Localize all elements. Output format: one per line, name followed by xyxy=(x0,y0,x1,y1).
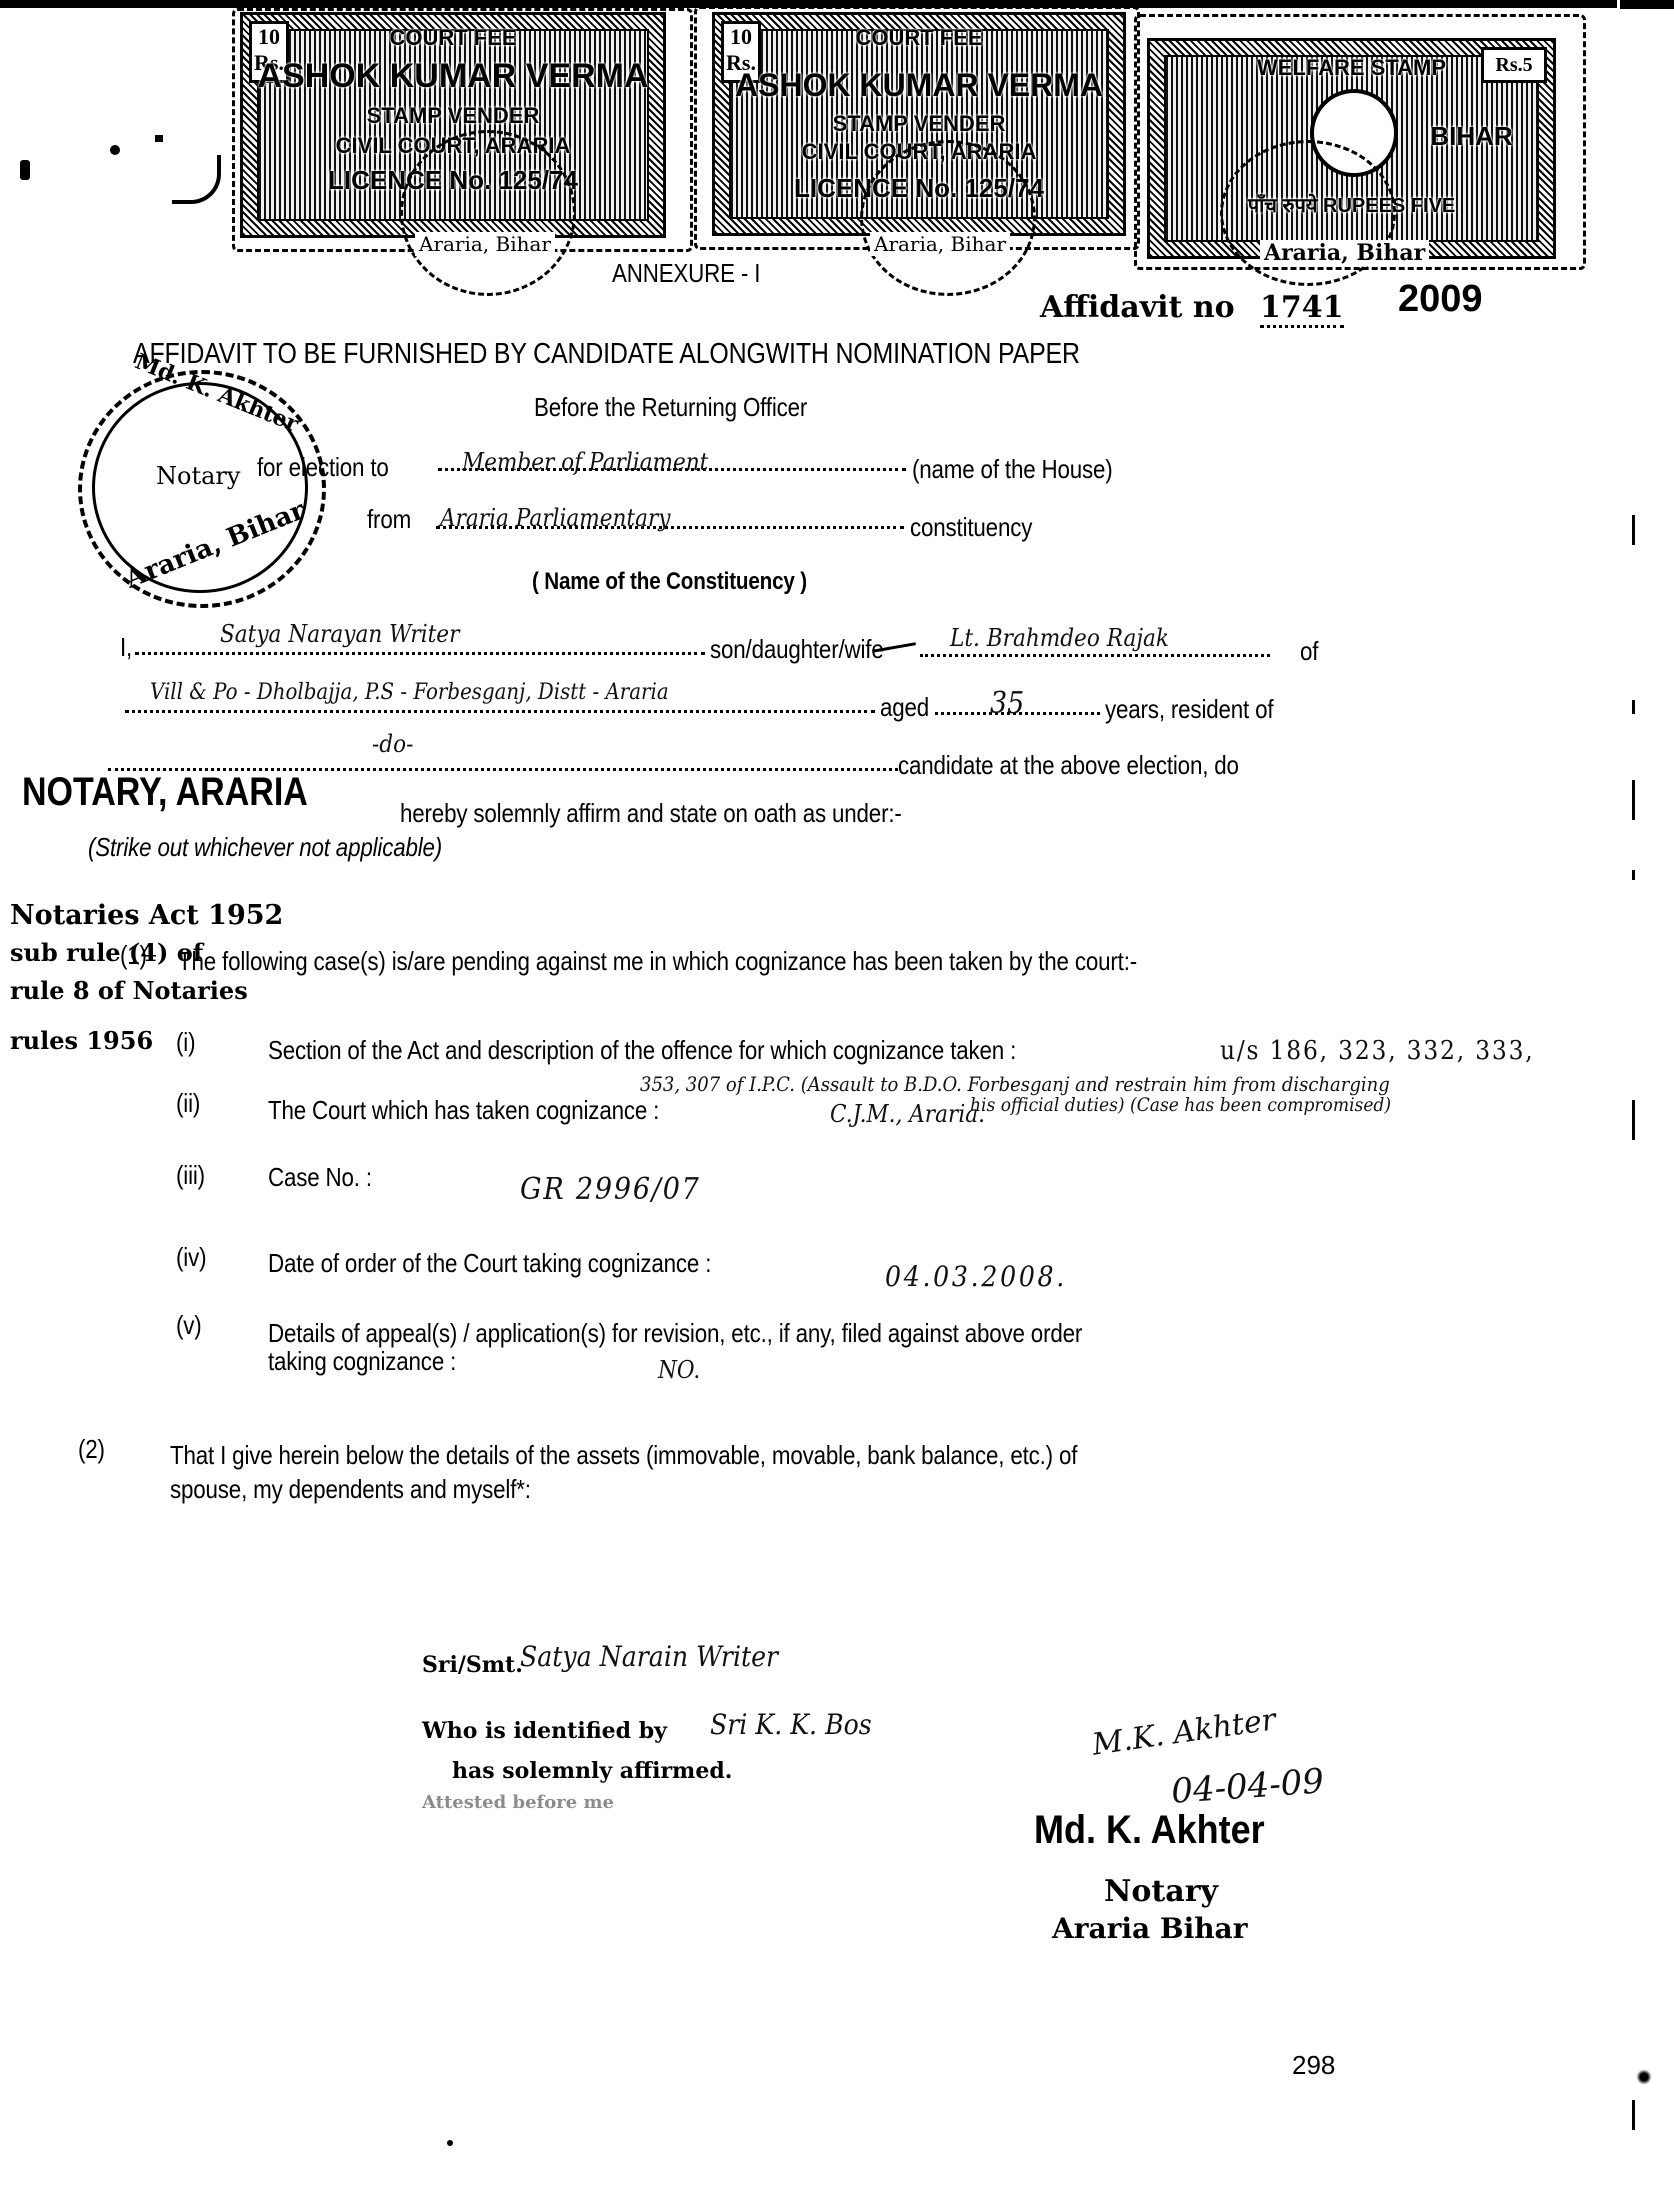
residence-value: -do- xyxy=(372,730,413,758)
item-iii-label: Case No. : xyxy=(268,1162,372,1193)
candidate-suffix: candidate at the above election, do xyxy=(898,750,1239,781)
annexure-label: ANNEXURE - I xyxy=(612,258,760,289)
notary-signature: M.K. Akhter xyxy=(1090,1702,1278,1762)
item-v-number: (v) xyxy=(176,1310,202,1341)
item-i-label: Section of the Act and description of th… xyxy=(268,1035,1016,1066)
attest-sri-label: Sri/Smt. xyxy=(422,1652,523,1678)
item-iii-number: (iii) xyxy=(176,1160,205,1191)
item-ii-value: C.J.M., Araria. xyxy=(830,1100,985,1128)
affirm-statement: hereby solemnly affirm and state on oath… xyxy=(400,798,902,829)
scan-speck xyxy=(1635,2068,1653,2086)
scan-speck xyxy=(447,2140,453,2146)
address-field-dots xyxy=(125,710,875,713)
scan-edge-mark xyxy=(1632,1100,1635,1140)
constituency-caption: ( Name of the Constituency ) xyxy=(532,568,807,596)
parent-name: Lt. Brahmdeo Rajak xyxy=(950,624,1169,652)
relation-label: son/daughter/wife xyxy=(710,634,884,665)
notary-araria-stamp: NOTARY, ARARIA xyxy=(22,770,308,815)
stamp-region: BIHAR xyxy=(1400,121,1543,152)
stray-marks xyxy=(172,155,221,204)
stamp-postmark xyxy=(400,130,576,296)
attest-identified-signature: Sri K. K. Bos xyxy=(710,1708,872,1741)
item-v-value: NO. xyxy=(658,1356,700,1384)
item-iv-value: 04.03.2008. xyxy=(885,1260,1067,1293)
affidavit-number-value: 1741 xyxy=(1260,290,1344,328)
postmark-text: Araria, Bihar xyxy=(1260,240,1429,266)
scan-edge-mark xyxy=(1632,700,1635,714)
item-i-value-3: his official duties) (Case has been comp… xyxy=(970,1094,1391,1116)
section-2-line-1: That I give herein below the details of … xyxy=(170,1440,1077,1471)
election-value: Member of Parliament xyxy=(462,448,708,476)
aged-label: aged xyxy=(880,692,929,723)
strike-note: (Strike out whichever not applicable) xyxy=(88,832,442,863)
scan-edge-mark xyxy=(1632,870,1635,880)
from-prefix: from xyxy=(367,504,411,535)
stamp-postmark xyxy=(860,140,1036,296)
scan-edge-mark xyxy=(1632,515,1635,545)
postmark-text: Araria, Bihar xyxy=(415,232,555,256)
affidavit-year: 2009 xyxy=(1398,278,1483,321)
stamp-vendor-line-2: STAMP VENDER xyxy=(243,103,663,129)
item-ii-label: The Court which has taken cognizance : xyxy=(268,1095,659,1126)
stamp-header: COURT FEE xyxy=(715,25,1123,51)
stamp-header: WELFARE STAMP xyxy=(1150,55,1553,81)
notary-name: Md. K. Akhter xyxy=(1034,1808,1265,1853)
item-v-label-2: taking cognizance : xyxy=(268,1346,456,1377)
attest-before-me: Attested before me xyxy=(422,1792,614,1813)
stamp-vendor-line-1: ASHOK KUMAR VERMA xyxy=(243,57,663,96)
stray-marks xyxy=(110,145,120,155)
of-label: of xyxy=(1300,636,1318,667)
item-ii-number: (ii) xyxy=(176,1088,200,1119)
item-iii-value: GR 2996/07 xyxy=(520,1172,701,1207)
age-value: 35 xyxy=(990,686,1024,721)
section-1-number: (1) xyxy=(120,940,147,971)
i-prefix: I, xyxy=(120,632,132,663)
section-1-intro: The following case(s) is/are pending aga… xyxy=(178,945,1373,977)
notaries-act-line-2: sub rule (4) of xyxy=(10,938,203,967)
item-iv-number: (iv) xyxy=(176,1242,206,1273)
notary-seal-title: Notary xyxy=(156,462,240,490)
attest-identified-label: Who is identified by xyxy=(422,1718,667,1744)
candidate-name: Satya Narayan Writer xyxy=(220,620,459,648)
from-suffix: constituency xyxy=(910,512,1032,543)
item-i-value-2: 353, 307 of I.P.C. (Assault to B.D.O. Fo… xyxy=(640,1072,1390,1096)
from-value: Araria Parliamentary xyxy=(440,504,671,532)
stamp-vendor-line-1: ASHOK KUMAR VERMA xyxy=(715,67,1123,104)
document-title: AFFIDAVIT TO BE FURNISHED BY CANDIDATE A… xyxy=(133,338,1080,371)
scan-edge-mark xyxy=(1632,780,1635,820)
attest-sri-signature: Satya Narain Writer xyxy=(520,1640,778,1673)
affidavit-number-label: Affidavit no xyxy=(1040,290,1235,325)
item-v-label: Details of appeal(s) / application(s) fo… xyxy=(268,1318,1082,1349)
name-field-dots xyxy=(135,652,705,655)
item-i-number: (i) xyxy=(176,1027,195,1058)
notaries-act-line-1: Notaries Act 1952 xyxy=(10,900,283,931)
section-2-number: (2) xyxy=(78,1434,105,1465)
notary-title: Notary xyxy=(1104,1874,1218,1909)
stray-marks xyxy=(20,160,30,180)
election-suffix: (name of the House) xyxy=(912,454,1113,485)
scan-top-edge-right xyxy=(1620,0,1674,9)
stray-marks xyxy=(155,135,163,142)
section-2-line-2: spouse, my dependents and myself*: xyxy=(170,1474,531,1505)
notary-place: Araria Bihar xyxy=(1052,1912,1247,1945)
stamp-header: COURT FEE xyxy=(243,25,663,51)
postmark-text: Araria, Bihar xyxy=(870,232,1010,256)
notaries-act-line-4: rules 1956 xyxy=(10,1026,153,1055)
item-i-value-1: u/s 186, 323, 332, 333, xyxy=(1220,1036,1535,1066)
stamp-vendor-line-2: STAMP VENDER xyxy=(715,111,1123,137)
years-label: years, resident of xyxy=(1105,694,1273,725)
parent-field-dots xyxy=(920,654,1270,657)
attest-affirmed: has solemnly affirmed. xyxy=(452,1758,732,1784)
address-value: Vill & Po - Dholbajja, P.S - Forbesganj,… xyxy=(150,680,669,705)
notaries-act-line-3: rule 8 of Notaries xyxy=(10,976,248,1005)
item-iv-label: Date of order of the Court taking cogniz… xyxy=(268,1248,711,1279)
notary-signature-date: 04-04-09 xyxy=(1170,1761,1325,1812)
election-line: for election to xyxy=(257,452,410,483)
scan-edge-mark xyxy=(1632,2100,1635,2130)
election-prefix: for election to xyxy=(257,452,389,483)
page-number: 298 xyxy=(1292,2050,1335,2081)
before-returning-officer: Before the Returning Officer xyxy=(534,392,807,423)
